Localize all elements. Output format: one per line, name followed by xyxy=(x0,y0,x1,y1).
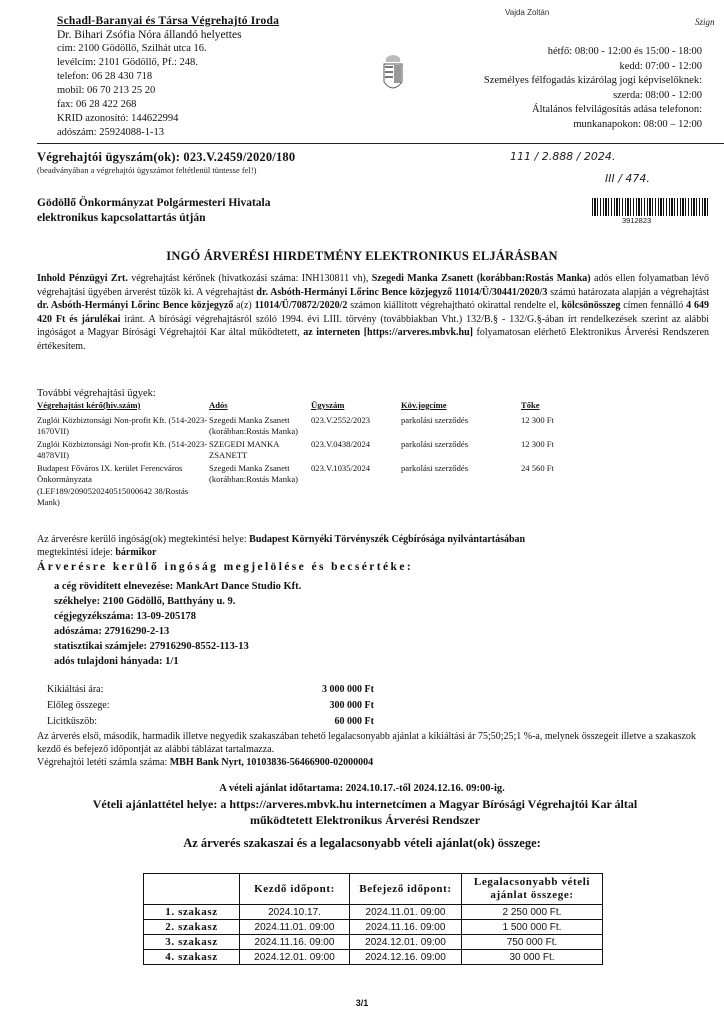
col-stage xyxy=(144,874,240,905)
cell-stage: 3. szakasz xyxy=(144,935,240,950)
cell-stage: 4. szakasz xyxy=(144,950,240,965)
cell-creditor: Zuglói Közbiztonsági Non-profit Kft. (51… xyxy=(37,439,209,463)
table-row: Budapest Főváros IX. kerület Ferencváros… xyxy=(37,463,717,510)
header-divider xyxy=(37,143,724,144)
price-label: Licitküszöb: xyxy=(47,714,284,730)
offer-place: Vételi ajánlattétel helye: a https://arv… xyxy=(60,796,670,828)
price-value: 60 000 Ft xyxy=(284,714,374,730)
signer-name: Vajda Zoltán xyxy=(505,8,549,17)
hours-monday: hétfő: 08:00 - 12:00 és 15:00 - 18:00 xyxy=(484,45,702,60)
cell-principal: 24 560 Ft xyxy=(521,463,717,510)
table-row: 3. szakasz 2024.11.16. 09:00 2024.12.01.… xyxy=(144,935,603,950)
col-principal: Tőke xyxy=(521,400,717,415)
cell-end: 2024.11.01. 09:00 xyxy=(350,905,462,920)
cell-minimum-bid: 2 250 000 Ft. xyxy=(462,905,603,920)
case-number-note: (beadványában a végrehajtói ügyszámot fe… xyxy=(37,165,257,175)
barcode-number: 3912823 xyxy=(622,216,651,225)
offer-duration: A vételi ajánlat időtartama: 2024.10.17.… xyxy=(0,783,724,794)
other-cases-title: További végrehajtási ügyek: xyxy=(37,388,156,399)
stages-explanation: Az árverés első, második, harmadik illet… xyxy=(37,730,709,756)
cell-minimum-bid: 750 000 Ft. xyxy=(462,935,603,950)
viewing-time-value: bármikor xyxy=(115,547,156,558)
handwritten-reference: 111 / 2.888 / 2024. xyxy=(510,150,615,163)
creditor-name: Inhold Pénzügyi Zrt. xyxy=(37,273,128,284)
price-row-bid-step: Licitküszöb: 60 000 Ft xyxy=(47,714,374,730)
cell-minimum-bid: 1 500 000 Ft. xyxy=(462,920,603,935)
cell-start: 2024.12.01. 09:00 xyxy=(240,950,350,965)
recipient-channel: elektronikus kapcsolattartás útján xyxy=(37,211,271,226)
contact-mobile: mobil: 06 70 213 25 20 xyxy=(57,84,279,98)
cell-creditor: Budapest Főváros IX. kerület Ferencváros… xyxy=(37,463,209,510)
item-tax-number: adószáma: 27916290-2-13 xyxy=(54,624,301,639)
item-statistical-number: statisztikai számjele: 27916290-8552-113… xyxy=(54,639,301,654)
hours-tuesday: kedd: 07:00 - 12:00 xyxy=(484,60,702,75)
cell-case-number: 023.V.1035/2024 xyxy=(311,463,401,510)
table-row: 1. szakasz 2024.10.17. 2024.11.01. 09:00… xyxy=(144,905,603,920)
intro-text: számú határozata alapján a végrehajtást xyxy=(547,287,709,298)
cell-start: 2024.11.01. 09:00 xyxy=(240,920,350,935)
cell-case-number: 023.V.2552/2023 xyxy=(311,415,401,439)
issuer-block: Schadl-Baranyai és Társa Végrehajtó Irod… xyxy=(57,14,279,140)
price-value: 3 000 000 Ft xyxy=(284,682,374,698)
case-number: Végrehajtói ügyszám(ok): 023.V.2459/2020… xyxy=(37,150,295,165)
price-value: 300 000 Ft xyxy=(284,698,374,714)
stages-title: Az árverés szakaszai és a legalacsonyabb… xyxy=(0,836,724,851)
col-minimum-bid: Legalacsonyabb vételi ajánlat összege: xyxy=(462,874,603,905)
item-details: a cég rövidített elnevezése: MankArt Dan… xyxy=(54,579,301,669)
auction-url-link[interactable]: az interneten [https://arveres.mbvk.hu] xyxy=(303,327,473,338)
intro-paragraph: Inhold Pénzügyi Zrt. végrehajtást kérőne… xyxy=(37,272,709,353)
coat-of-arms-icon xyxy=(382,52,404,94)
barcode-icon xyxy=(592,198,710,216)
handwritten-reference-2: III / 474. xyxy=(605,172,650,185)
viewing-place-value: Budapest Környéki Törvényszék Cégbíróság… xyxy=(249,534,525,545)
col-start: Kezdő időpont: xyxy=(240,874,350,905)
contact-mail-address: levélcím: 2101 Gödöllő, Pf.: 248. xyxy=(57,56,279,70)
account-label: Végrehajtói letéti számla száma: xyxy=(37,757,170,768)
col-claim-title: Köv.jogcíme xyxy=(401,400,521,415)
cell-claim-title: parkolási szerződés xyxy=(401,415,521,439)
cell-case-number: 023.V.0438/2024 xyxy=(311,439,401,463)
cell-claim-title: parkolási szerződés xyxy=(401,439,521,463)
contact-tax-number: adószám: 25924088-1-13 xyxy=(57,126,279,140)
contact-address: cím: 2100 Gödöllő, Szilhát utca 16. xyxy=(57,42,279,56)
col-case-number: Ügyszám xyxy=(311,400,401,415)
notary-decision: dr. Asbóth-Hermányi Lőrinc Bence közjegy… xyxy=(256,287,547,298)
cell-claim-title: parkolási szerződés xyxy=(401,463,521,510)
intro-text: a(z) xyxy=(233,300,254,311)
cell-end: 2024.11.16. 09:00 xyxy=(350,920,462,935)
recipient: Gödöllő Önkormányzat Polgármesteri Hivat… xyxy=(37,196,271,226)
table-row: Zuglói Közbiztonsági Non-profit Kft. (51… xyxy=(37,415,717,439)
item-ownership-share: adós tulajdoni hányada: 1/1 xyxy=(54,654,301,669)
page-number: 3/1 xyxy=(0,998,724,1008)
viewing-time-label: megtekintési ideje: xyxy=(37,547,115,558)
col-creditor: Végrehajtást kérő(hiv.szám) xyxy=(37,400,209,415)
col-end: Befejező időpont: xyxy=(350,874,462,905)
price-label: Előleg összege: xyxy=(47,698,284,714)
hours-workdays: munkanapokon: 08:00 – 12:00 xyxy=(484,118,702,133)
cell-start: 2024.10.17. xyxy=(240,905,350,920)
table-row: 4. szakasz 2024.12.01. 09:00 2024.12.16.… xyxy=(144,950,603,965)
intro-text: számon kiállított végrehajtható okiratta… xyxy=(347,300,561,311)
intro-text: címen fennálló xyxy=(620,300,686,311)
cell-start: 2024.11.16. 09:00 xyxy=(240,935,350,950)
contact-fax: fax: 06 28 422 268 xyxy=(57,98,279,112)
other-cases-table: Végrehajtást kérő(hiv.szám) Adós Ügyszám… xyxy=(37,400,717,510)
cell-stage: 2. szakasz xyxy=(144,920,240,935)
cell-end: 2024.12.01. 09:00 xyxy=(350,935,462,950)
item-company-name: a cég rövidített elnevezése: MankArt Dan… xyxy=(54,579,301,594)
signature-mark: Szign xyxy=(695,17,715,27)
cell-principal: 12 300 Ft xyxy=(521,439,717,463)
notary-name: dr. Asbóth-Hermányi Lőrinc Bence közjegy… xyxy=(37,300,233,311)
hours-phone-label: Általános felvilágosítás adása telefonon… xyxy=(484,103,702,118)
price-label: Kikiáltási ára: xyxy=(47,682,284,698)
stages-description: Az árverés első, második, harmadik illet… xyxy=(37,730,709,769)
hours-lawyers-label: Személyes félfogadás kizárólag jogi képv… xyxy=(484,74,702,89)
contact-krid: KRID azonosító: 144622994 xyxy=(57,112,279,126)
document-title: INGÓ ÁRVERÉSI HIRDETMÉNY ELEKTRONIKUS EL… xyxy=(0,249,724,264)
auction-stages-table: Kezdő időpont: Befejező időpont: Legalac… xyxy=(143,873,603,965)
price-list: Kikiáltási ára: 3 000 000 Ft Előleg össz… xyxy=(47,682,374,730)
item-seat: székhelye: 2100 Gödöllő, Batthyány u. 9. xyxy=(54,594,301,609)
price-row-deposit: Előleg összege: 300 000 Ft xyxy=(47,698,374,714)
cell-debtor: Szegedi Manka Zsanett (korábban:Rostás M… xyxy=(209,415,311,439)
deputy-name: Dr. Bihari Zsófia Nóra állandó helyettes xyxy=(57,28,279,42)
hours-wednesday: szerda: 08:00 - 12:00 xyxy=(484,89,702,104)
item-registration-number: cégjegyzékszáma: 13-09-205178 xyxy=(54,609,301,624)
cell-debtor: Szegedi Manka Zsanett (korábban:Rostás M… xyxy=(209,463,311,510)
account-number: MBH Bank Nyrt, 10103836-56466900-0200000… xyxy=(170,757,373,768)
cell-principal: 12 300 Ft xyxy=(521,415,717,439)
cell-end: 2024.12.16. 09:00 xyxy=(350,950,462,965)
table-row: Zuglói Közbiztonsági Non-profit Kft. (51… xyxy=(37,439,717,463)
claim-title: kölcsönösszeg xyxy=(561,300,620,311)
table-row: 2. szakasz 2024.11.01. 09:00 2024.11.16.… xyxy=(144,920,603,935)
contact-phone: telefon: 06 28 430 718 xyxy=(57,70,279,84)
office-hours: hétfő: 08:00 - 12:00 és 15:00 - 18:00 ke… xyxy=(484,45,702,133)
col-debtor: Adós xyxy=(209,400,311,415)
price-row-starting: Kikiáltási ára: 3 000 000 Ft xyxy=(47,682,374,698)
cell-stage: 1. szakasz xyxy=(144,905,240,920)
office-name: Schadl-Baranyai és Társa Végrehajtó Irod… xyxy=(57,14,279,28)
cell-debtor: SZEGEDI MANKA ZSANETT xyxy=(209,439,311,463)
viewing-place-label: Az árverésre kerülő ingóság(ok) megtekin… xyxy=(37,534,249,545)
intro-text: végrehajtást kérőnek (hivatkozási száma:… xyxy=(128,273,372,284)
viewing-info: Az árverésre kerülő ingóság(ok) megtekin… xyxy=(37,533,697,559)
enforcement-document-number: 11014/Ü/70872/2020/2 xyxy=(255,300,348,311)
cell-minimum-bid: 30 000 Ft. xyxy=(462,950,603,965)
debtor-name: Szegedi Manka Zsanett (korábban:Rostás M… xyxy=(372,273,591,284)
recipient-name: Gödöllő Önkormányzat Polgármesteri Hivat… xyxy=(37,196,271,211)
cell-creditor: Zuglói Közbiztonsági Non-profit Kft. (51… xyxy=(37,415,209,439)
item-section-title: Árverésre kerülő ingóság megjelölése és … xyxy=(37,561,413,573)
